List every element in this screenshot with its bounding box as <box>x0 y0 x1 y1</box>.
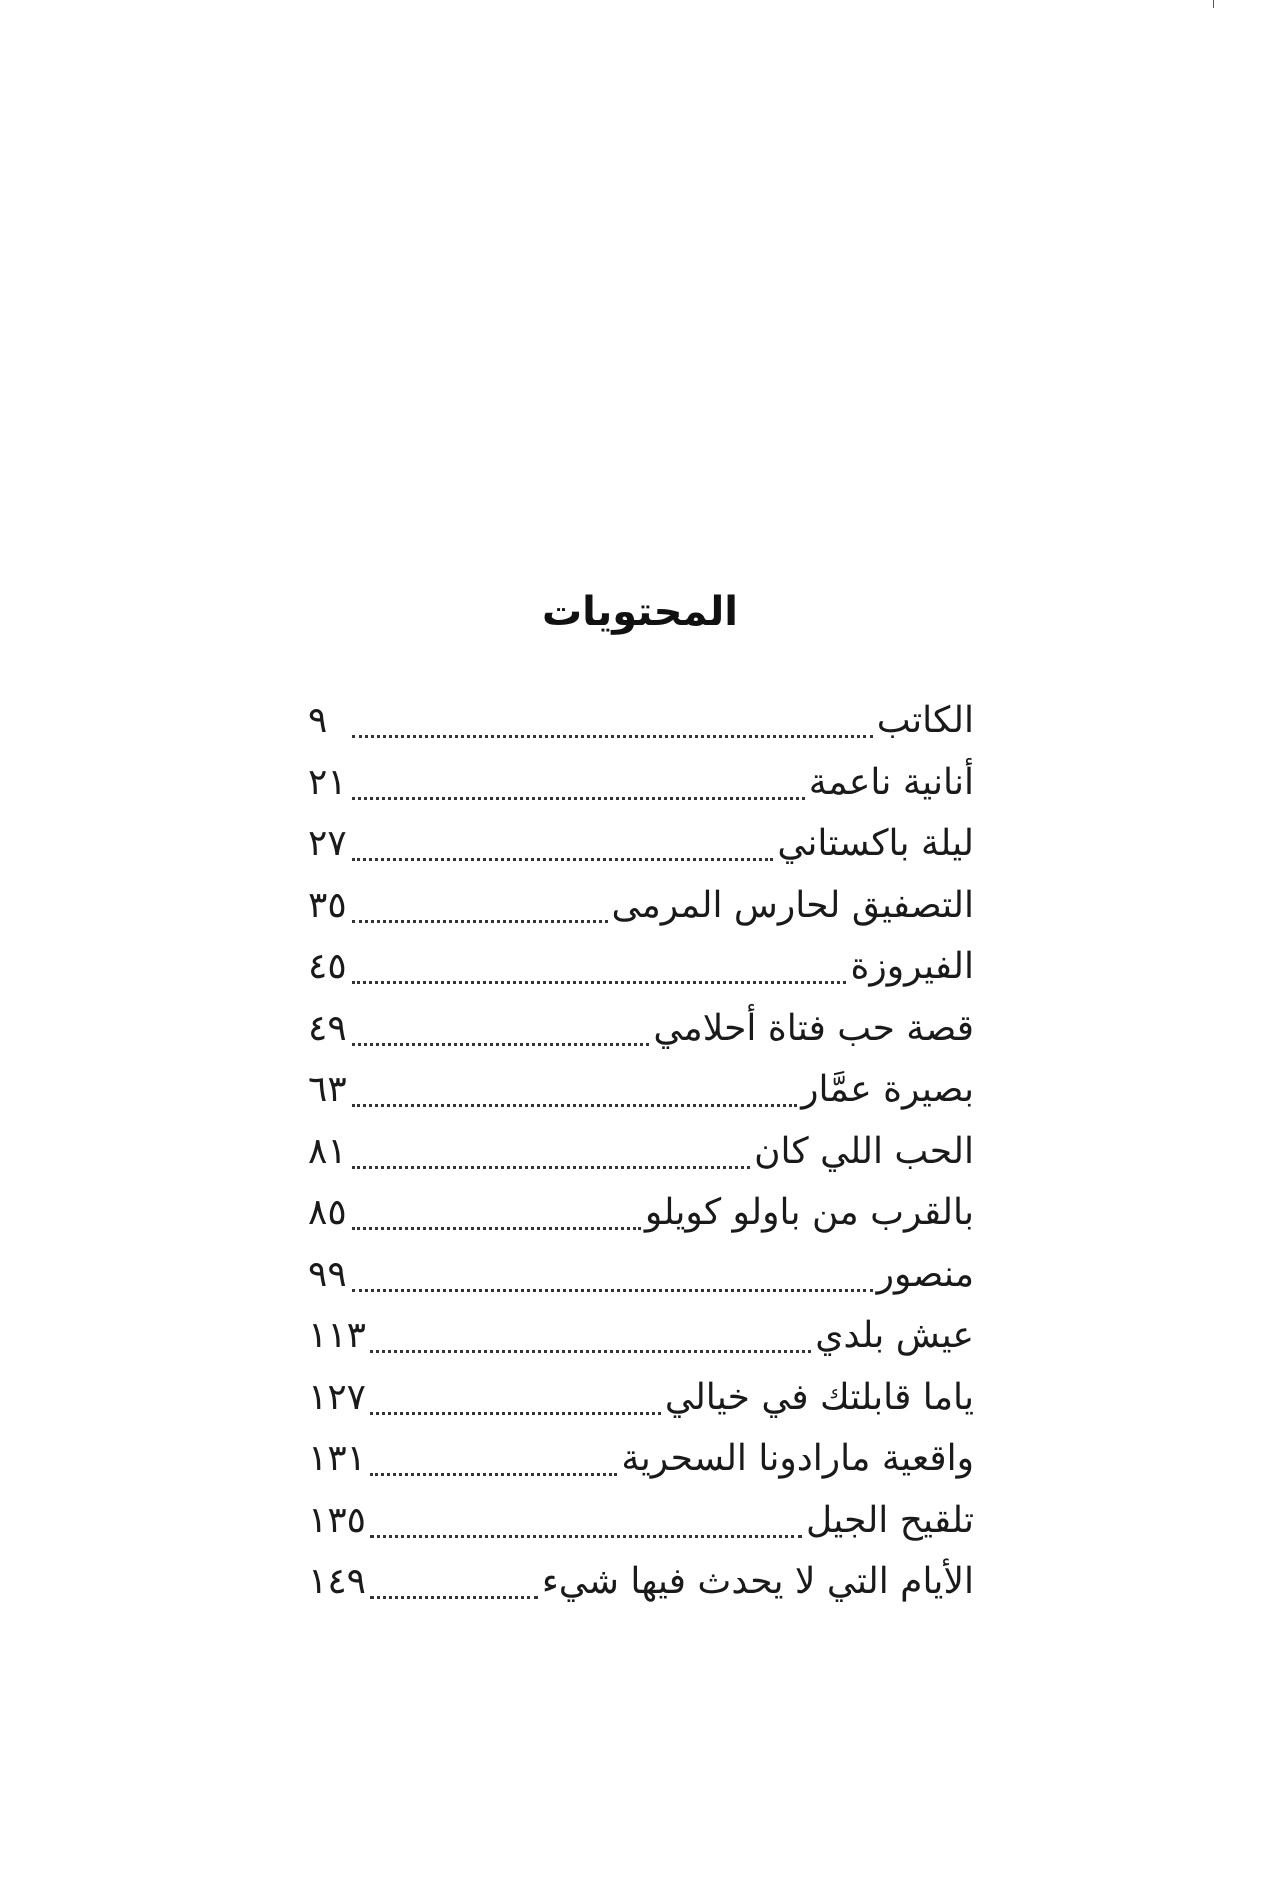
toc-entry-page: ١٣١ <box>308 1428 366 1490</box>
toc-entry-title: الفيروزة <box>850 936 974 998</box>
toc-entry[interactable]: أنانية ناعمة٢١ <box>308 752 974 814</box>
toc-entry[interactable]: الفيروزة٤٥ <box>308 936 974 998</box>
toc-entry-page: ٩٩ <box>308 1244 348 1306</box>
table-of-contents: الكاتب٩ أنانية ناعمة٢١ ليلة باكستاني٢٧ ا… <box>308 690 974 1613</box>
dot-leader <box>352 1227 641 1230</box>
toc-entry-title: الحب اللي كان <box>754 1121 974 1183</box>
toc-entry-page: ١١٣ <box>308 1305 366 1367</box>
toc-entry-title: بالقرب من باولو كويلو <box>645 1182 974 1244</box>
toc-entry-title: الكاتب <box>877 690 974 752</box>
toc-entry[interactable]: ليلة باكستاني٢٧ <box>308 813 974 875</box>
toc-entry-page: ١٤٩ <box>308 1551 366 1613</box>
toc-entry[interactable]: بصيرة عمَّار٦٣ <box>308 1059 974 1121</box>
toc-entry-title: الأيام التي لا يحدث فيها شيء <box>542 1551 974 1613</box>
toc-entry-title: منصور <box>877 1244 974 1306</box>
toc-entry-page: ٩ <box>308 690 348 752</box>
dot-leader <box>370 1596 538 1599</box>
toc-entry[interactable]: الأيام التي لا يحدث فيها شيء١٤٩ <box>308 1551 974 1613</box>
toc-entry[interactable]: الكاتب٩ <box>308 690 974 752</box>
toc-entry-title: قصة حب فتاة أحلامي <box>653 998 974 1060</box>
dot-leader <box>370 1350 811 1353</box>
dot-leader <box>352 858 773 861</box>
toc-entry[interactable]: منصور٩٩ <box>308 1244 974 1306</box>
toc-entry-page: ٤٥ <box>308 936 348 998</box>
toc-entry[interactable]: التصفيق لحارس المرمى٣٥ <box>308 875 974 937</box>
toc-entry-title: بصيرة عمَّار <box>801 1059 974 1121</box>
dot-leader <box>370 1412 661 1415</box>
toc-entry-page: ٨١ <box>308 1121 348 1183</box>
dot-leader <box>370 1473 617 1476</box>
dot-leader <box>352 1289 873 1292</box>
toc-entry-page: ٨٥ <box>308 1182 348 1244</box>
page-title: المحتويات <box>0 582 1280 642</box>
toc-entry[interactable]: بالقرب من باولو كويلو٨٥ <box>308 1182 974 1244</box>
dot-leader <box>352 1043 649 1046</box>
toc-entry-page: ١٣٥ <box>308 1490 366 1552</box>
toc-entry-page: ٢١ <box>308 752 348 814</box>
dot-leader <box>352 797 805 800</box>
dot-leader <box>352 981 846 984</box>
toc-entry-page: ٤٩ <box>308 998 348 1060</box>
toc-entry[interactable]: قصة حب فتاة أحلامي٤٩ <box>308 998 974 1060</box>
crop-mark <box>1213 0 1214 8</box>
toc-entry-page: ٣٥ <box>308 875 348 937</box>
toc-entry-title: التصفيق لحارس المرمى <box>612 875 974 937</box>
toc-entry[interactable]: الحب اللي كان٨١ <box>308 1121 974 1183</box>
toc-entry-title: أنانية ناعمة <box>809 752 974 814</box>
toc-entry-title: عيش بلدي <box>815 1305 974 1367</box>
dot-leader <box>370 1535 802 1538</box>
toc-entry-page: ٢٧ <box>308 813 348 875</box>
toc-entry[interactable]: عيش بلدي١١٣ <box>308 1305 974 1367</box>
dot-leader <box>352 1166 750 1169</box>
toc-entry-title: ياما قابلتك في خيالي <box>665 1367 974 1429</box>
toc-entry-title: واقعية مارادونا السحرية <box>621 1428 974 1490</box>
dot-leader <box>352 735 873 738</box>
toc-entry[interactable]: ياما قابلتك في خيالي١٢٧ <box>308 1367 974 1429</box>
toc-entry[interactable]: تلقيح الجيل١٣٥ <box>308 1490 974 1552</box>
dot-leader <box>352 920 608 923</box>
toc-entry-title: ليلة باكستاني <box>777 813 974 875</box>
dot-leader <box>352 1104 797 1107</box>
toc-entry-page: ١٢٧ <box>308 1367 366 1429</box>
toc-entry-title: تلقيح الجيل <box>806 1490 974 1552</box>
toc-entry-page: ٦٣ <box>308 1059 348 1121</box>
toc-entry[interactable]: واقعية مارادونا السحرية١٣١ <box>308 1428 974 1490</box>
